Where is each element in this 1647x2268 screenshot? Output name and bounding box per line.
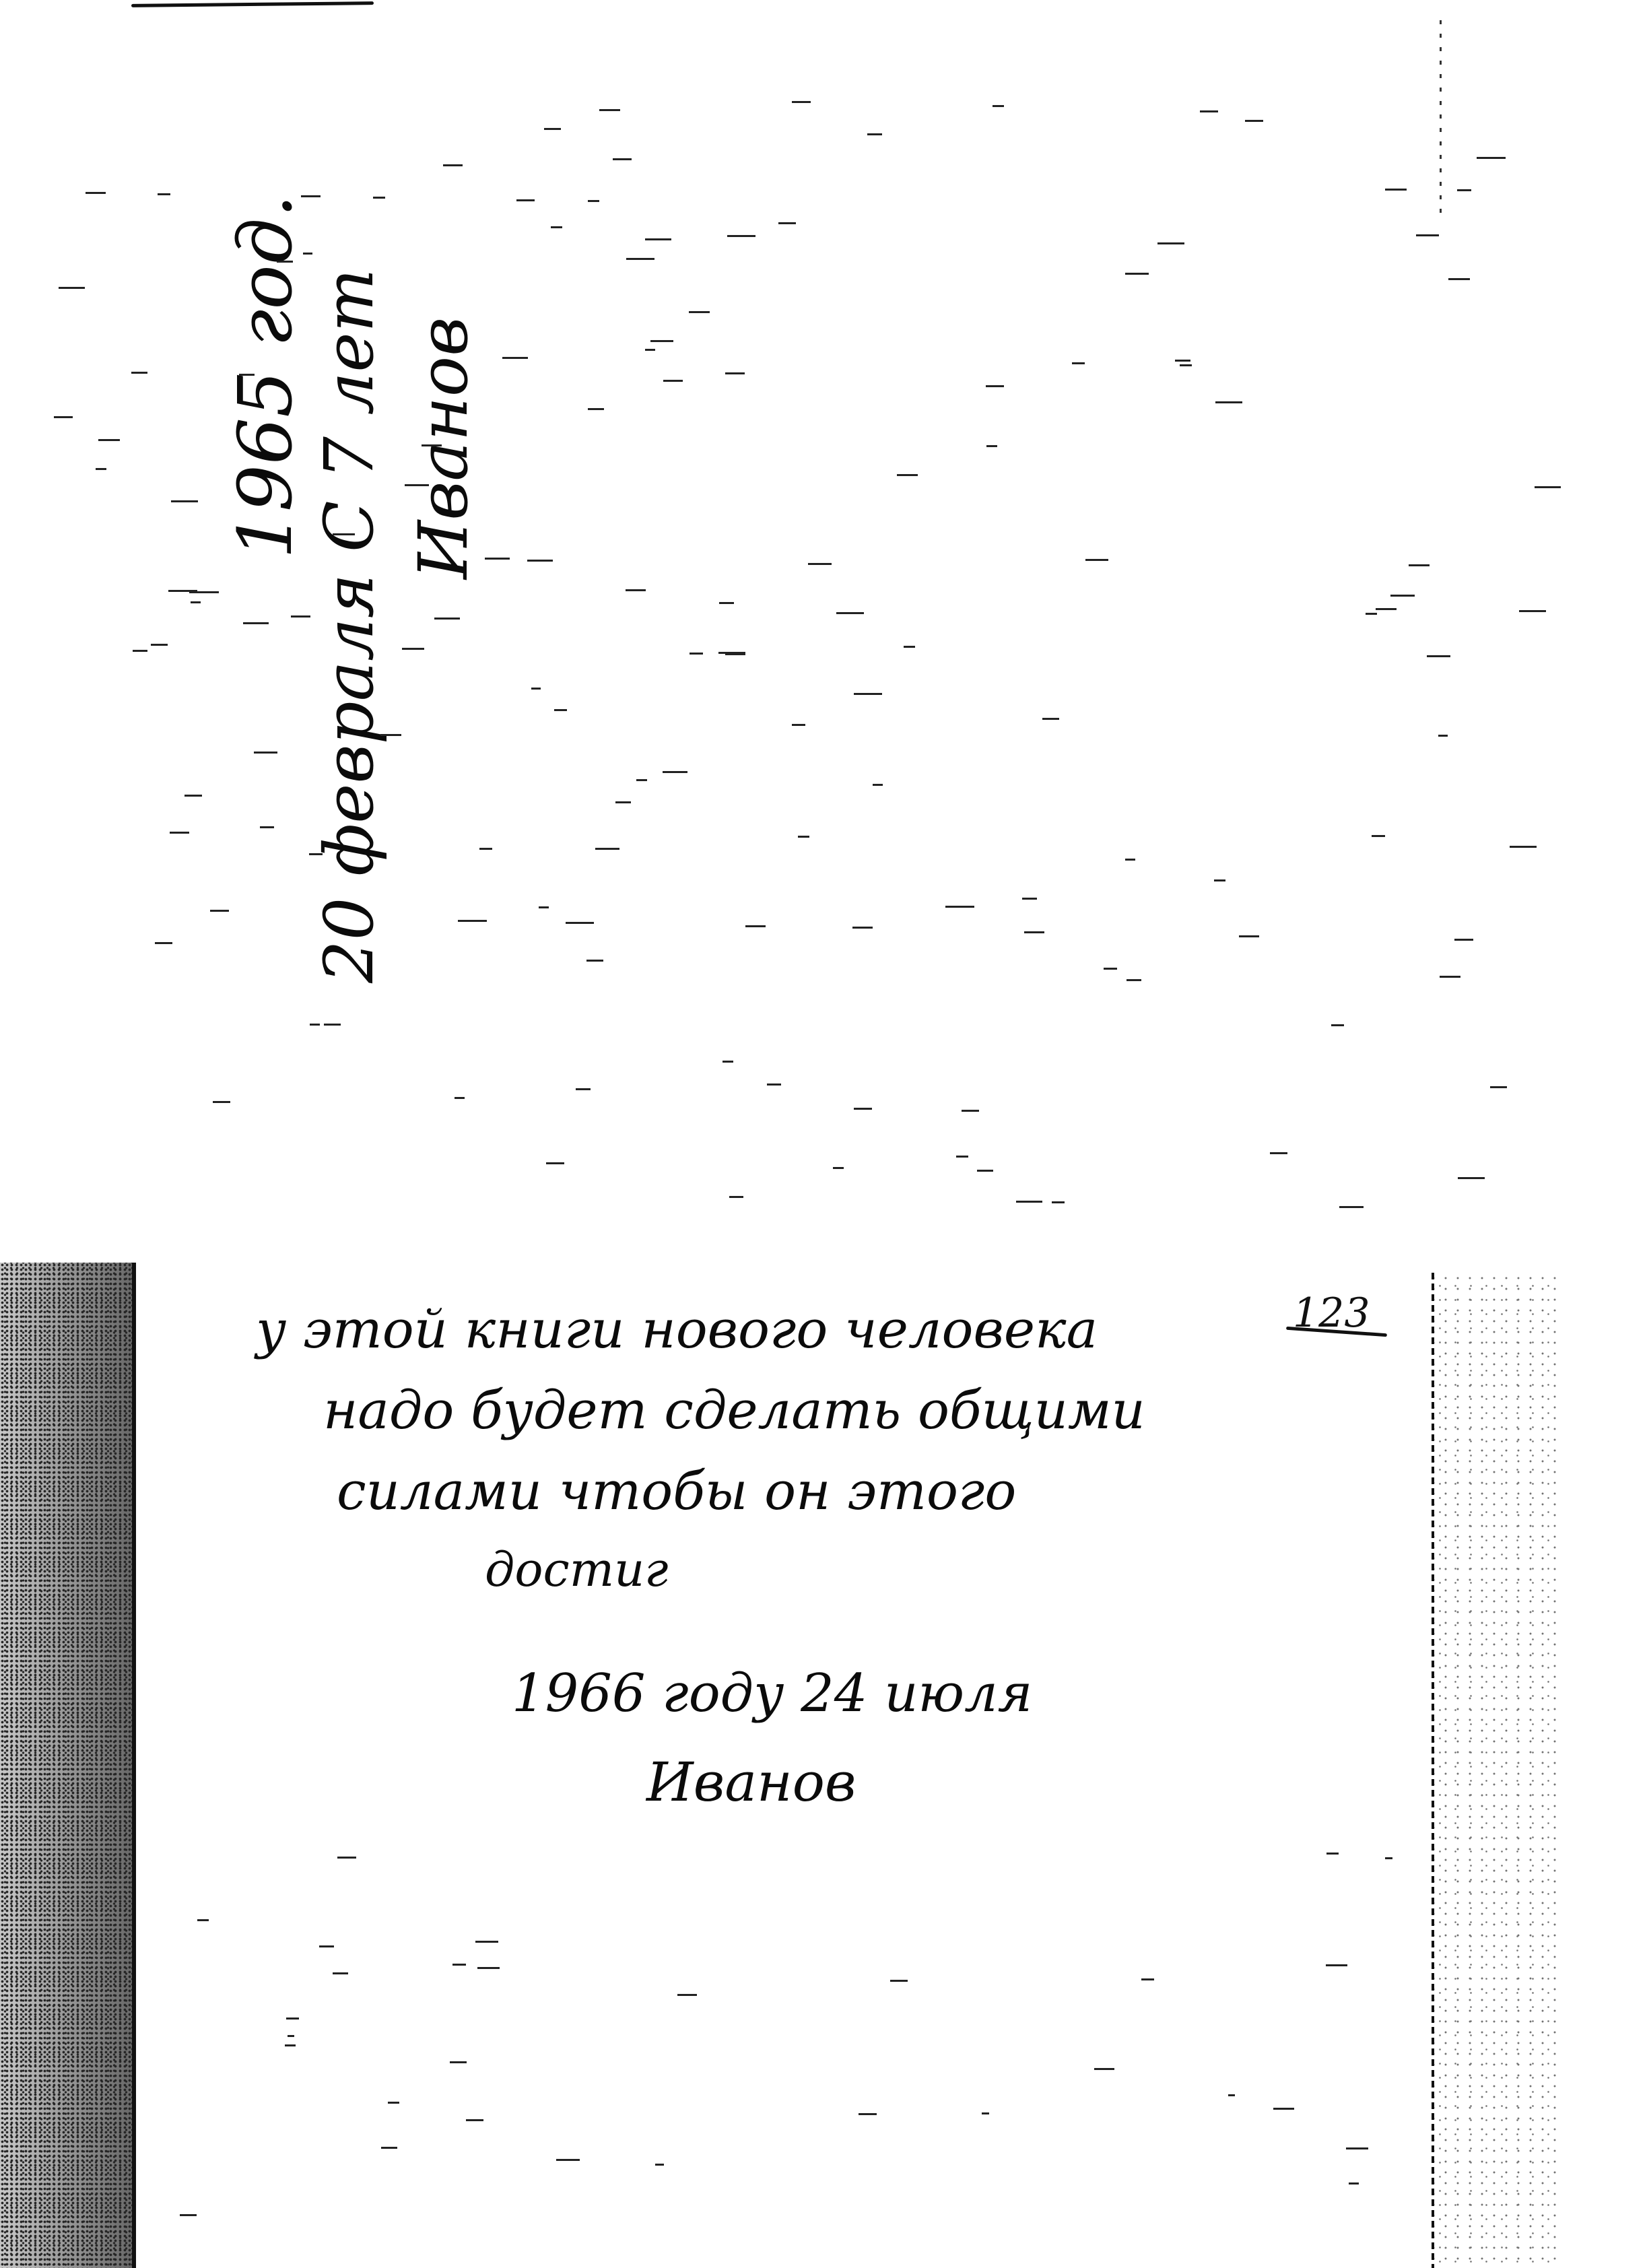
scan-dash <box>1331 1024 1343 1026</box>
scan-dash <box>650 340 674 342</box>
scan-dash <box>1127 979 1141 981</box>
scan-dash <box>539 906 549 908</box>
scan-dash <box>1125 859 1135 861</box>
scan-dash <box>458 920 487 922</box>
scan-dash <box>945 906 974 908</box>
scan-dash <box>434 618 459 620</box>
scan-dash <box>59 287 85 289</box>
scan-dash <box>243 622 269 624</box>
scan-dash <box>1409 564 1430 566</box>
scan-dash <box>778 222 796 224</box>
scan-dash <box>615 801 631 803</box>
scan-dash <box>155 942 172 944</box>
scan-dash <box>1157 242 1184 244</box>
scan-dash <box>133 650 147 652</box>
scanned-page: 1965 год. 20 февраля С 7 лет Иванов у эт… <box>0 0 1647 2268</box>
scan-dash <box>96 468 106 470</box>
scan-dash <box>527 560 553 562</box>
scan-dash <box>197 1919 209 1921</box>
scan-dash <box>1385 189 1407 191</box>
scan-dash <box>466 2119 483 2121</box>
scan-dash <box>291 615 310 618</box>
scan-dash <box>1519 610 1547 612</box>
scan-dash <box>1085 559 1108 561</box>
scan-dash <box>1349 2182 1359 2184</box>
scan-dash <box>452 1964 466 1966</box>
scan-dash <box>1326 1964 1347 1966</box>
scan-dash <box>380 734 402 736</box>
scan-dash <box>1273 2108 1295 2110</box>
scan-dash <box>310 1024 320 1026</box>
scan-dash <box>1339 1206 1364 1208</box>
handwritten-year: 1965 год. <box>222 195 308 559</box>
scan-dash <box>729 1196 743 1198</box>
scan-dash <box>309 853 323 855</box>
scan-dash <box>727 235 756 237</box>
scan-dash <box>1022 898 1037 900</box>
handwritten-line-1: у этой книги нового человека <box>256 1300 1098 1360</box>
scan-dash <box>663 771 687 773</box>
scan-dash <box>1024 931 1045 933</box>
scan-dash <box>333 1972 348 1974</box>
scan-dash <box>210 910 229 912</box>
scan-dash <box>852 927 873 929</box>
scan-dash <box>636 779 648 781</box>
scan-dash <box>854 1108 872 1110</box>
scan-dash <box>1215 401 1242 403</box>
scan-dash <box>599 109 621 111</box>
scan-dash <box>556 2159 580 2161</box>
scan-dash <box>1346 2147 1368 2149</box>
scan-dash <box>184 795 202 797</box>
scan-dash <box>333 533 356 535</box>
scan-dash <box>455 1097 465 1099</box>
scan-dash <box>1200 110 1219 112</box>
scan-dash <box>131 372 148 374</box>
scan-dash <box>626 589 646 591</box>
scan-dash <box>191 601 201 603</box>
scan-dash <box>1245 120 1263 122</box>
scan-dash <box>544 128 561 130</box>
scan-dash <box>502 357 528 359</box>
scan-dash <box>854 693 882 695</box>
scan-dash <box>1052 1201 1065 1203</box>
scan-dash <box>254 752 277 754</box>
scan-artifact-right-band <box>1427 1273 1562 2268</box>
scan-dash <box>986 385 1004 387</box>
scan-dash <box>1376 608 1397 610</box>
scan-dash <box>626 258 654 260</box>
scan-dash <box>1104 968 1117 970</box>
scan-dash <box>719 602 734 604</box>
scan-dash <box>873 784 883 786</box>
scan-dash <box>1477 157 1506 159</box>
scan-dash <box>516 199 535 201</box>
scan-dash <box>86 192 106 194</box>
scan-dash <box>1448 278 1471 280</box>
handwritten-name: Иванов <box>404 317 483 579</box>
scan-dash <box>836 612 864 614</box>
scan-dash <box>1042 718 1060 720</box>
scan-dash <box>1454 939 1473 941</box>
scan-dash <box>422 444 442 446</box>
scan-artifact-top-line <box>131 1 374 7</box>
scan-dash <box>546 1162 564 1164</box>
scan-dash <box>1366 613 1377 615</box>
scan-dash <box>277 261 293 263</box>
scan-dash <box>576 1088 590 1090</box>
scan-dash <box>808 563 832 565</box>
scan-dash <box>613 158 632 160</box>
scan-dash <box>485 558 510 560</box>
scan-dash <box>904 646 915 648</box>
scan-dash <box>588 408 604 410</box>
scan-dash <box>477 1967 500 1969</box>
scan-dash <box>890 1980 908 1982</box>
scan-dash <box>1228 2094 1235 2096</box>
scan-dash <box>993 105 1004 107</box>
scan-dash <box>1372 835 1386 837</box>
scan-dash <box>767 1083 781 1086</box>
scan-dash <box>531 688 541 690</box>
scan-dash <box>792 101 811 103</box>
scan-dash <box>1270 1152 1287 1154</box>
scan-dash <box>645 238 671 240</box>
scan-dash <box>1458 1177 1485 1179</box>
scan-dash <box>319 1945 334 1947</box>
scan-dash <box>962 1110 979 1112</box>
scan-dash <box>405 484 429 486</box>
scan-dash <box>1214 879 1225 881</box>
scan-dash <box>239 374 255 376</box>
scan-artifact-left-edge <box>132 1263 136 2268</box>
scan-dash <box>982 2112 988 2114</box>
scan-dash <box>324 1024 340 1026</box>
scan-dash <box>1457 189 1471 191</box>
scan-dash <box>977 1170 993 1172</box>
scan-dash <box>1427 655 1450 657</box>
scan-dash <box>301 195 321 197</box>
scan-dash <box>897 474 918 476</box>
scan-artifact-right-edge <box>1432 1273 1434 2268</box>
scan-dash <box>475 1941 498 1943</box>
scan-dash <box>1072 362 1085 364</box>
handwritten-date-line: 20 февраля С 7 лет <box>310 269 389 983</box>
scan-dash <box>170 832 189 834</box>
scan-dash <box>1141 1978 1155 1980</box>
scan-dash <box>373 197 385 199</box>
scan-artifact-left-band <box>0 1263 135 2268</box>
scan-dash <box>986 445 997 447</box>
scan-dash <box>792 724 805 726</box>
scan-artifact-right-dots <box>1440 20 1442 222</box>
scan-dash <box>867 133 882 135</box>
scan-dash <box>645 349 655 351</box>
scan-dash <box>566 922 594 924</box>
scan-dash <box>690 653 704 655</box>
scan-dash <box>288 2035 295 2037</box>
scan-dash <box>595 848 619 850</box>
scan-dash <box>98 439 120 441</box>
scan-dash <box>54 416 73 418</box>
scan-dash <box>655 2164 663 2166</box>
scan-dash <box>554 709 567 711</box>
scan-dash <box>158 193 171 195</box>
scan-dash <box>1490 1086 1507 1088</box>
scan-dash <box>859 2113 877 2115</box>
scan-dash <box>725 372 745 374</box>
scan-dash <box>1440 976 1460 978</box>
scan-dash <box>586 960 603 962</box>
scan-dash <box>388 2102 399 2104</box>
scan-dash <box>689 311 710 313</box>
scan-dash <box>260 826 274 828</box>
scan-dash <box>1094 2068 1114 2070</box>
scan-dash <box>443 164 463 166</box>
scan-dash <box>1326 1853 1339 1855</box>
scan-dash <box>956 1156 968 1158</box>
scan-dash <box>745 925 766 927</box>
scan-dash <box>1390 595 1415 597</box>
handwritten-line-3: силами чтобы он этого <box>337 1461 1016 1522</box>
scan-dash <box>303 253 312 255</box>
scan-dash <box>171 500 198 502</box>
scan-dash <box>1016 1201 1042 1203</box>
scan-dash <box>402 648 424 650</box>
scan-dash <box>381 2147 397 2149</box>
scan-dash <box>1125 273 1149 275</box>
scan-dash <box>677 1994 698 1996</box>
scan-dash <box>168 590 197 592</box>
scan-dash <box>722 1061 734 1063</box>
scan-dash <box>337 1857 357 1859</box>
scan-dash <box>1180 364 1192 366</box>
scan-dash <box>1175 360 1190 362</box>
scan-dash <box>663 380 683 382</box>
scan-dash <box>450 2061 467 2063</box>
scan-dash <box>151 644 168 646</box>
scan-dash <box>285 2044 296 2046</box>
scan-dash <box>1416 234 1439 236</box>
handwritten-line-4: достиг <box>485 1542 669 1597</box>
scan-dash <box>213 1101 230 1103</box>
scan-dash <box>1535 486 1560 488</box>
scan-dash <box>479 848 492 850</box>
handwritten-signature: Иванов <box>646 1751 856 1813</box>
scan-dash <box>725 653 745 655</box>
scan-dash <box>588 200 599 202</box>
scan-dash <box>551 226 562 228</box>
scan-dash <box>1239 935 1258 937</box>
scan-dash <box>180 2214 197 2216</box>
scan-dash <box>1385 1857 1392 1859</box>
scan-dash <box>833 1167 843 1169</box>
scan-dash <box>1510 846 1537 848</box>
handwritten-line-2: надо будет сделать общими <box>323 1380 1145 1441</box>
scan-dash <box>286 2017 300 2020</box>
scan-dash <box>1438 735 1448 737</box>
scan-dash <box>798 836 809 838</box>
handwritten-date: 1966 году 24 июля <box>512 1663 1032 1724</box>
